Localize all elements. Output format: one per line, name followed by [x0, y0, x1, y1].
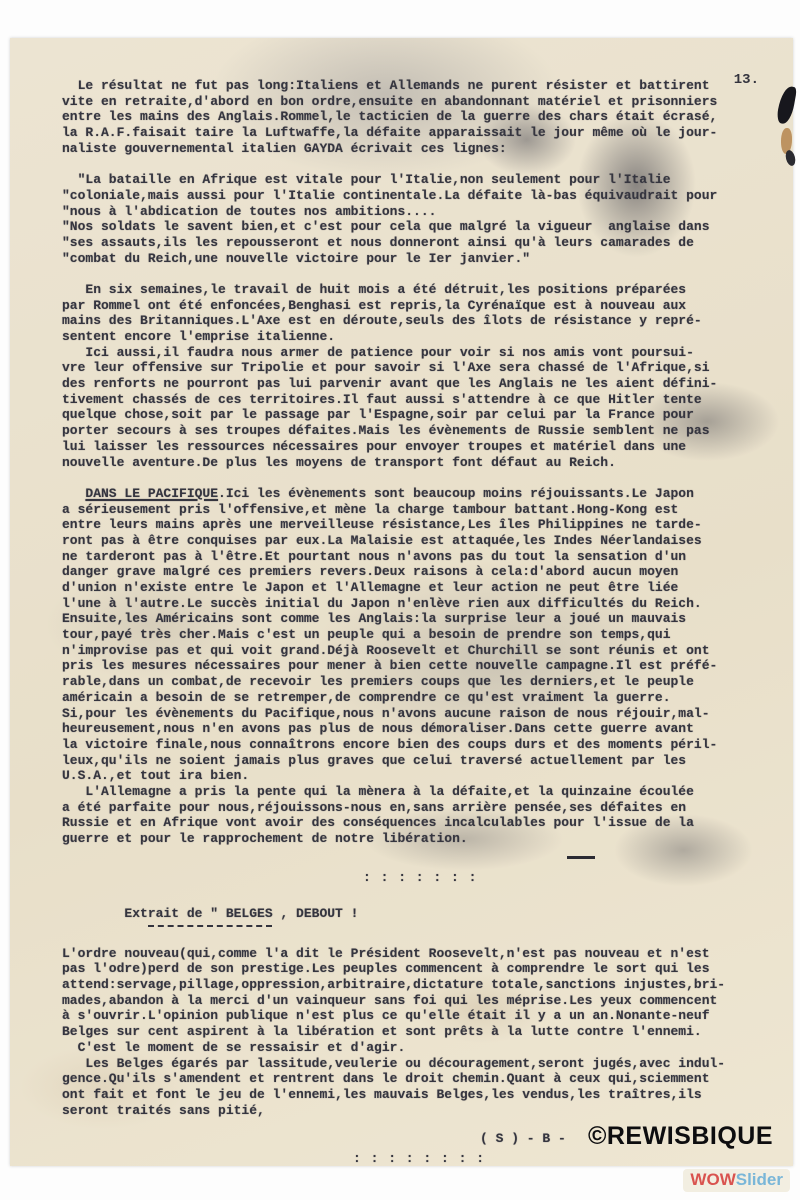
text-line: ont fait et font le jeu de l'ennemi,les … [62, 1087, 778, 1103]
text-line: U.S.A.,et tout ira bien. [62, 768, 778, 784]
colon-separator-bottom: : : : : : : : : [353, 1151, 778, 1167]
text-line: : : : : : : : [363, 870, 778, 886]
text-line: nouvelle aventure.De plus les moyens de … [62, 455, 778, 471]
text-line: porter secours à ses troupes défaites.Ma… [62, 423, 778, 439]
text-line: a été parfaite pour nous,réjouissons-nou… [62, 800, 778, 816]
heading-underline [148, 925, 272, 927]
section-heading: Extrait de " BELGES , DEBOUT ! [62, 906, 778, 927]
text-line: seront traités sans pitié, [62, 1103, 778, 1119]
text-line: Belges sur cent aspirent à la libération… [62, 1024, 778, 1040]
text-line: l'une à l'autre.Le succès initial du Jap… [62, 596, 778, 612]
paragraph-pacifique: DANS LE PACIFIQUE.Ici les évènements son… [62, 486, 778, 784]
text-line: "La bataille en Afrique est vitale pour … [62, 172, 778, 188]
text-line: leux,qu'ils ne soient jamais plus graves… [62, 753, 778, 769]
text-line: "nous à l'abdication de toutes nos ambit… [62, 204, 778, 220]
separator-dash [567, 856, 595, 859]
text-line: vre leur offensive sur Tripolie et pour … [62, 360, 778, 376]
text-line: quelque chose,soit par le passage par l'… [62, 407, 778, 423]
torn-edge-mark [776, 85, 797, 125]
text-line: mains des Britanniques.L'Axe est en déro… [62, 313, 778, 329]
wowslider-logo[interactable]: WOWSlider [683, 1169, 790, 1192]
slider-stage: 13. Le résultat ne fut pas long:Italiens… [0, 0, 800, 1200]
typewritten-text: Le résultat ne fut pas long:Italiens et … [62, 78, 778, 1167]
text-line: Si,pour les évènements du Pacifique,nous… [62, 706, 778, 722]
text-line: : : : : : : : : [353, 1151, 778, 1167]
text-line: des renforts ne pourront pas lui parveni… [62, 376, 778, 392]
text-line: vite en retraite,d'abord en bon ordre,en… [62, 94, 778, 110]
text-line: la victoire finale,nous connaîtrons enco… [62, 737, 778, 753]
text-line: L'Allemagne a pris la pente qui la mèner… [62, 784, 778, 800]
text-line: pris les mesures nécessaires pour mener … [62, 658, 778, 674]
text-line: Ici aussi,il faudra nous armer de patien… [62, 345, 778, 361]
text-line: danger grave malgré ces premiers revers.… [62, 564, 778, 580]
text-line: "combat du Reich,une nouvelle victoire p… [62, 251, 778, 267]
paragraph-ici-aussi: Ici aussi,il faudra nous armer de patien… [62, 345, 778, 471]
wowslider-logo-wow: WOW [690, 1170, 735, 1189]
text-line: n'improvise pas et qui voit grand.Déjà R… [62, 643, 778, 659]
text-line: américain a besoin de se retremper,de co… [62, 690, 778, 706]
text-line: a sérieusement pris l'offensive,et mène … [62, 502, 778, 518]
paragraph-six-semaines: En six semaines,le travail de huit mois … [62, 282, 778, 345]
text-line: Le résultat ne fut pas long:Italiens et … [62, 78, 778, 94]
text-line: tivement chassés de ces territoires.Il f… [62, 392, 778, 408]
torn-edge-mark-small [784, 149, 797, 167]
text-line: guerre et pour le rapprochement de notre… [62, 831, 778, 847]
text-line: pas l'odre)perd de son prestige.Les peup… [62, 961, 778, 977]
text-line: Les Belges égarés par lassitude,veulerie… [62, 1056, 778, 1072]
text-line: sentent encore l'emprise italienne. [62, 329, 778, 345]
text-line: Russie et en Afrique vont avoir des cons… [62, 815, 778, 831]
colon-separator: : : : : : : : [363, 870, 778, 886]
text-line: "coloniale,mais aussi pour l'Italie cont… [62, 188, 778, 204]
paragraph-ordre-nouveau: L'ordre nouveau(qui,comme l'a dit le Pré… [62, 946, 778, 1056]
text-line: lui laisser les ressources nécessaires p… [62, 439, 778, 455]
text-line: par Rommel ont été enfoncées,Benghasi es… [62, 298, 778, 314]
text-line: attend:servage,pillage,oppression,arbitr… [62, 977, 778, 993]
text-line: la R.A.F.faisait taire la Luftwaffe,la d… [62, 125, 778, 141]
text-line: tour,payé très cher.Mais c'est un peuple… [62, 627, 778, 643]
text-line: Ensuite,les Américains sont comme les An… [62, 611, 778, 627]
copyright-watermark: ©REWISBIQUE [588, 1122, 773, 1151]
document-page: 13. Le résultat ne fut pas long:Italiens… [10, 38, 793, 1166]
text-line: L'ordre nouveau(qui,comme l'a dit le Pré… [62, 946, 778, 962]
paragraph-afrique: Le résultat ne fut pas long:Italiens et … [62, 78, 778, 156]
text-line: C'est le moment de se ressaisir et d'agi… [62, 1040, 778, 1056]
text-line: naliste gouvernemental italien GAYDA écr… [62, 141, 778, 157]
underlined-text: DANS LE PACIFIQUE [85, 486, 218, 501]
text-line: En six semaines,le travail de huit mois … [62, 282, 778, 298]
wowslider-logo-slider: Slider [736, 1170, 783, 1189]
text-line: entre leurs mains après une merveilleuse… [62, 517, 778, 533]
quote-gayda: "La bataille en Afrique est vitale pour … [62, 172, 778, 266]
text-line: heureusement,nous n'en avons pas plus de… [62, 721, 778, 737]
text-line: DANS LE PACIFIQUE.Ici les évènements son… [62, 486, 778, 502]
text-line: entre les mains des Anglais.Rommel,le ta… [62, 109, 778, 125]
text-line: "ses assauts,ils les repousseront et nou… [62, 235, 778, 251]
text-line: Extrait de " BELGES , DEBOUT ! [62, 906, 778, 922]
text-line: ne tarderont pas à l'être.Et pourtant no… [62, 549, 778, 565]
text-line: gence.Qu'ils s'amendent et rentrent dans… [62, 1071, 778, 1087]
text-line: mades,abandon à la merci d'un vainqueur … [62, 993, 778, 1009]
text-line: ront pas à être conquises par eux.La Mal… [62, 533, 778, 549]
paragraph-belges-egares: Les Belges égarés par lassitude,veulerie… [62, 1056, 778, 1119]
text-line: d'union n'existe entre le Japon et l'All… [62, 580, 778, 596]
text-line: "Nos soldats le savent bien,et c'est pou… [62, 219, 778, 235]
paragraph-allemagne: L'Allemagne a pris la pente qui la mèner… [62, 784, 778, 847]
text-line: à s'ouvrir.L'opinion publique n'est plus… [62, 1008, 778, 1024]
text-line: rable,dans un combat,de recevoir les pre… [62, 674, 778, 690]
